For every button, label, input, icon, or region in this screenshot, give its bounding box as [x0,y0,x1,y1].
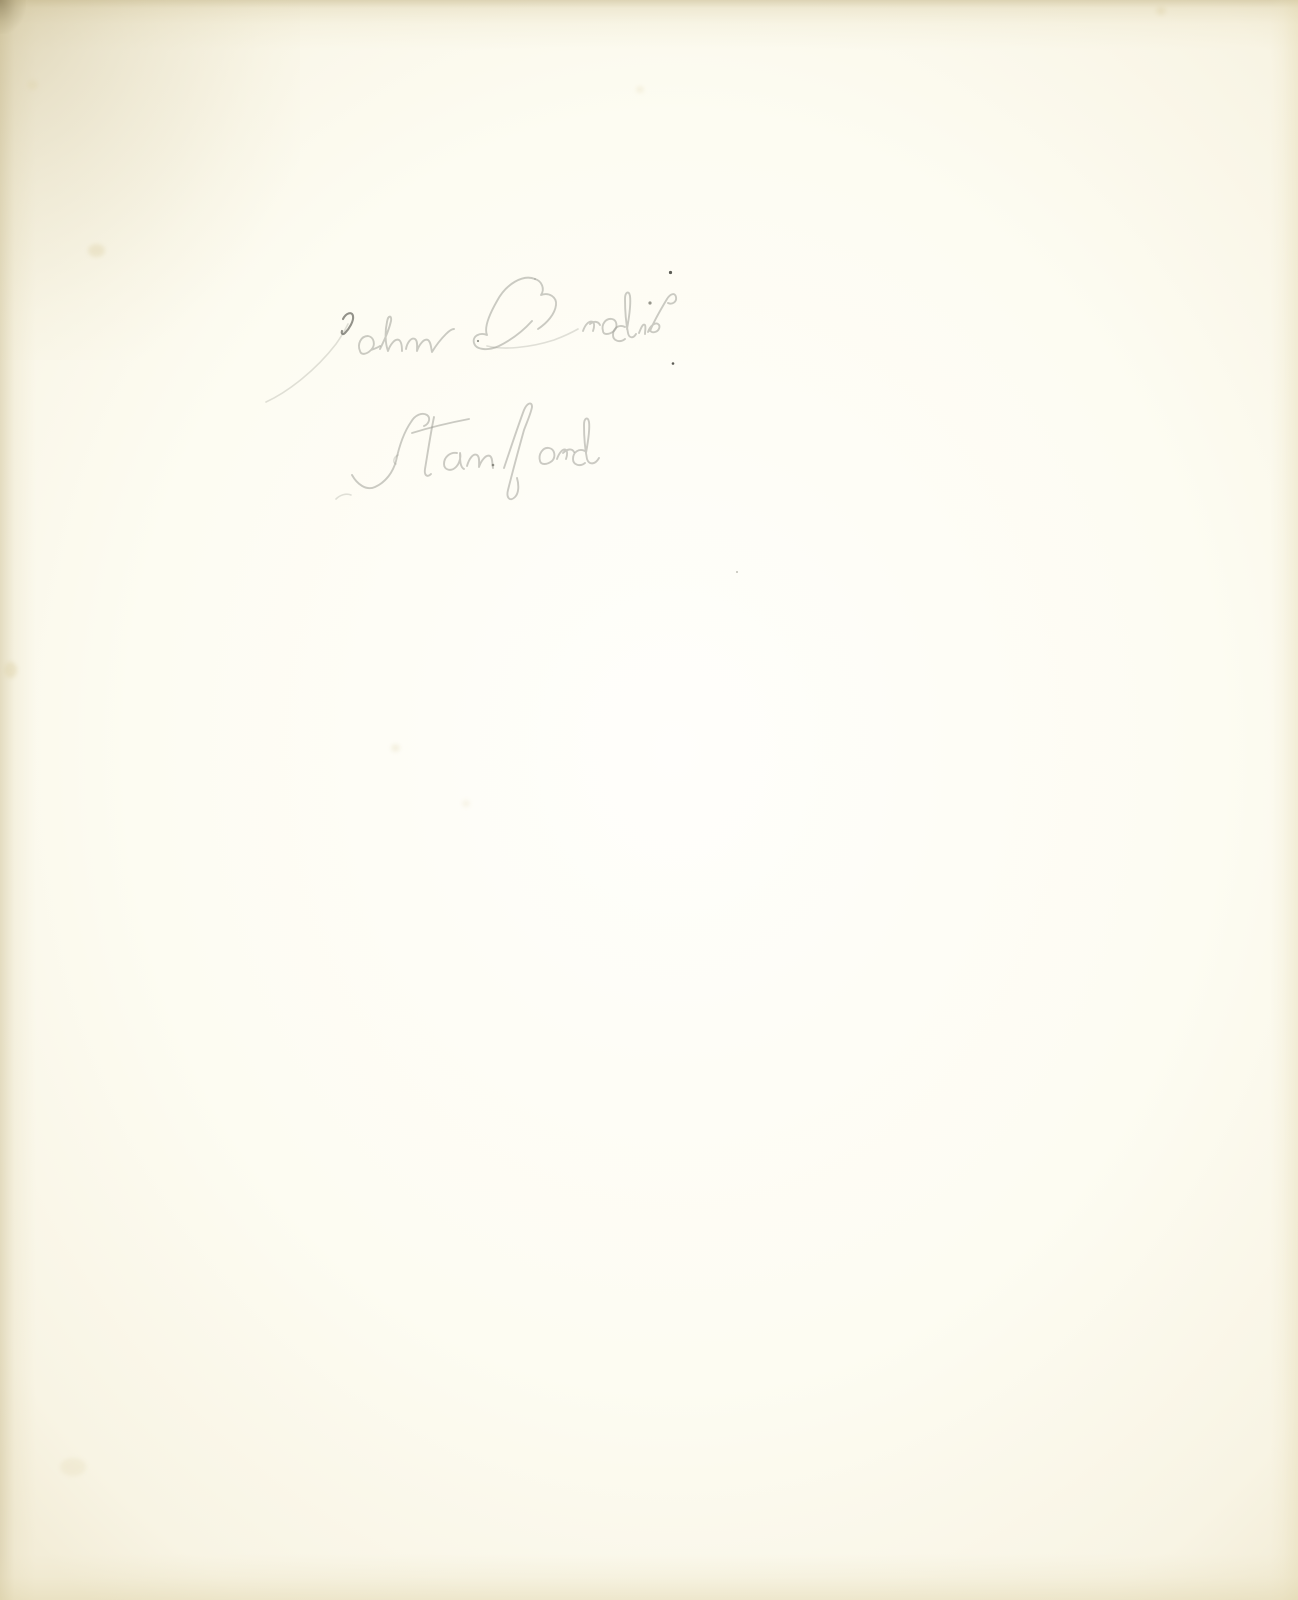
handwriting-line2-stanford: Stanford [336,403,599,499]
handwriting-line1-john-brodie: John Brodie [266,278,676,402]
dust-specks [477,271,738,573]
handwriting-layer: John Brodie Stanford [0,0,1298,1600]
photo-back-scan: John Brodie Stanford [0,0,1298,1600]
